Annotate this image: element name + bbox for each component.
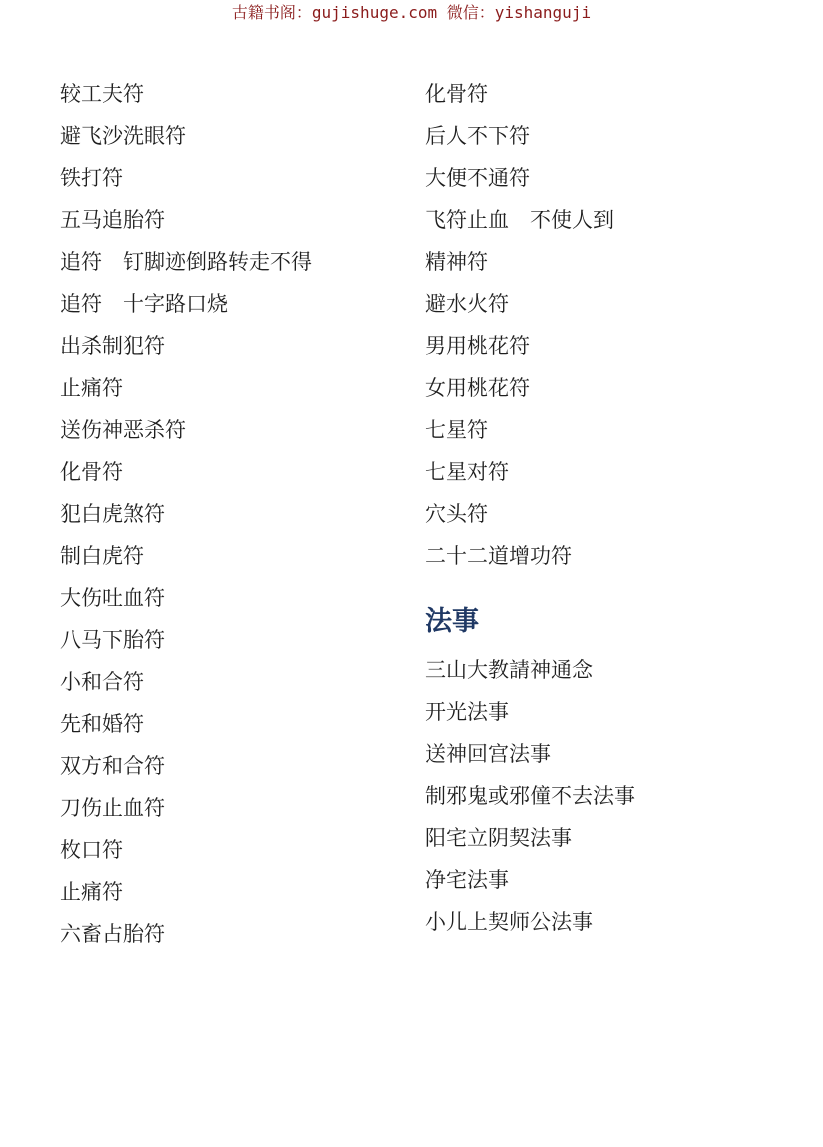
- list-item: 送神回宫法事: [425, 733, 783, 775]
- list-item: 六畜占胎符: [60, 913, 425, 955]
- list-item: 七星对符: [425, 451, 783, 493]
- left-column: 较工夫符 避飞沙洗眼符 铁打符 五马追胎符 追符 钉脚迹倒路转走不得 追符 十字…: [60, 73, 425, 955]
- list-item: 出杀制犯符: [60, 325, 425, 367]
- list-item: 止痛符: [60, 367, 425, 409]
- right-column: 化骨符 后人不下符 大便不通符 飞符止血 不使人到 精神符 避水火符 男用桃花符…: [425, 73, 783, 955]
- list-item: 八马下胎符: [60, 619, 425, 661]
- list-item: 穴头符: [425, 493, 783, 535]
- list-item: 较工夫符: [60, 73, 425, 115]
- document-page: 古籍书阁：gujishuge.com 微信：yishanguji 较工夫符 避飞…: [0, 0, 823, 1147]
- list-item: 后人不下符: [425, 115, 783, 157]
- list-item: 飞符止血 不使人到: [425, 199, 783, 241]
- list-item: 大便不通符: [425, 157, 783, 199]
- list-item: 二十二道增功符: [425, 535, 783, 577]
- list-item: 制邪鬼或邪僮不去法事: [425, 775, 783, 817]
- list-item: 女用桃花符: [425, 367, 783, 409]
- list-item: 化骨符: [60, 451, 425, 493]
- list-item: 七星符: [425, 409, 783, 451]
- list-item: 追符 钉脚迹倒路转走不得: [60, 241, 425, 283]
- list-item: 小和合符: [60, 661, 425, 703]
- list-item: 小儿上契师公法事: [425, 901, 783, 943]
- list-item: 三山大教請神通念: [425, 649, 783, 691]
- list-item: 犯白虎煞符: [60, 493, 425, 535]
- list-item: 双方和合符: [60, 745, 425, 787]
- list-item: 大伤吐血符: [60, 577, 425, 619]
- site-watermark-header: 古籍书阁：gujishuge.com 微信：yishanguji: [0, 0, 823, 23]
- list-item: 精神符: [425, 241, 783, 283]
- list-item: 送伤神恶杀符: [60, 409, 425, 451]
- list-item: 铁打符: [60, 157, 425, 199]
- section-heading-fashi: 法事: [425, 599, 783, 645]
- list-item: 避飞沙洗眼符: [60, 115, 425, 157]
- list-item: 化骨符: [425, 73, 783, 115]
- list-item: 避水火符: [425, 283, 783, 325]
- list-item: 五马追胎符: [60, 199, 425, 241]
- list-item: 开光法事: [425, 691, 783, 733]
- list-item: 刀伤止血符: [60, 787, 425, 829]
- page-content: 较工夫符 避飞沙洗眼符 铁打符 五马追胎符 追符 钉脚迹倒路转走不得 追符 十字…: [0, 73, 823, 955]
- list-item: 先和婚符: [60, 703, 425, 745]
- list-item: 制白虎符: [60, 535, 425, 577]
- list-item: 止痛符: [60, 871, 425, 913]
- list-item: 追符 十字路口烧: [60, 283, 425, 325]
- list-item: 阳宅立阴契法事: [425, 817, 783, 859]
- list-item: 男用桃花符: [425, 325, 783, 367]
- list-item: 枚口符: [60, 829, 425, 871]
- list-item: 净宅法事: [425, 859, 783, 901]
